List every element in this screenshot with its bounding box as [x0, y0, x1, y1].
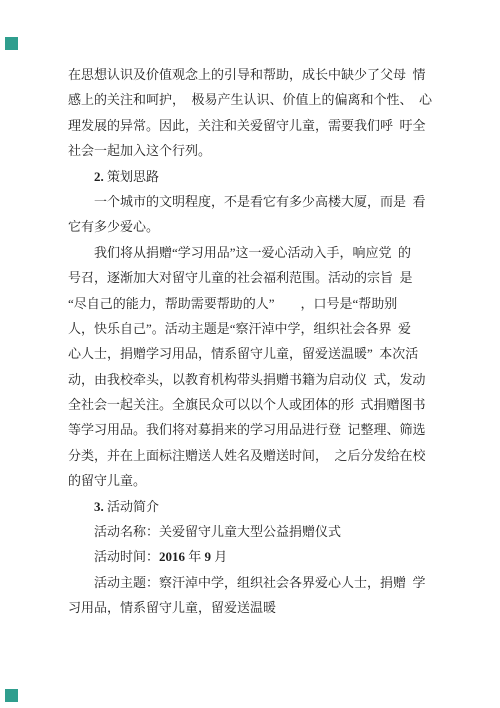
- document-text-block: 在思想认识及价值观念上的引导和帮助，成长中缺少了父母 情感上的关注和呵护， 极易…: [68, 62, 440, 621]
- para-line: 理发展的异常。因此，关注和关爱留守儿童，需要我们呼 吁全: [68, 113, 440, 138]
- para-line: 习用品，情系留守儿童，留爱送温暖: [68, 595, 440, 620]
- para-line: 全社会一起关注。全旗民众可以以个人或团体的形 式捐赠图书: [68, 392, 440, 417]
- section-heading: 3. 活动简介: [68, 494, 440, 519]
- text-segment: 年: [185, 549, 205, 564]
- text-segment: 活动名称：关爱留守儿童大型公益捐赠仪式: [94, 524, 341, 539]
- text-segment: 一个城市的文明程度，不是看它有多少高楼大厦，而是 看: [94, 194, 426, 209]
- text-segment: “尽自己的能力，帮助需要帮助的人” ，口号是“帮助别: [68, 296, 397, 311]
- text-segment: 它有多少爱心。: [68, 219, 159, 234]
- para-line: 号召，逐渐加大对留守儿童的社会福利范围。活动的宗旨 是: [68, 265, 440, 290]
- para-line: 动，由我校牵头，以教育机构带头捐赠书籍为启动仪 式，发动: [68, 367, 440, 392]
- para-line: 分类，并在上面标注赠送人姓名及赠送时间， 之后分发给在校: [68, 443, 440, 468]
- text-segment: 活动简介: [104, 499, 159, 514]
- bold-text-segment: 2016: [159, 549, 185, 564]
- text-segment: 社会一起加入这个行列。: [68, 143, 211, 158]
- para-line: 人，快乐自己”。活动主题是“察汗淖中学，组织社会各界 爱: [68, 316, 440, 341]
- para-line: 心人士，捐赠学习用品，情系留守儿童，留爱送温暖” 本次活: [68, 341, 440, 366]
- section-heading: 2. 策划思路: [68, 164, 440, 189]
- para-line: 活动时间：2016 年 9 月: [68, 544, 440, 569]
- para-line: 它有多少爱心。: [68, 214, 440, 239]
- bold-text-segment: 3.: [94, 499, 104, 514]
- para-line: 社会一起加入这个行列。: [68, 138, 440, 163]
- para-line: 活动主题：察汗淖中学，组织社会各界爱心人士，捐赠 学: [68, 570, 440, 595]
- text-segment: 人，快乐自己”。活动主题是“察汗淖中学，组织社会各界 爱: [68, 321, 411, 336]
- teal-corner-marker-top: [5, 37, 18, 50]
- para-line: 一个城市的文明程度，不是看它有多少高楼大厦，而是 看: [68, 189, 440, 214]
- text-segment: 心人士，捐赠学习用品，情系留守儿童，留爱送温暖” 本次活: [68, 346, 418, 361]
- text-segment: 月: [211, 549, 227, 564]
- para-line: 活动名称：关爱留守儿童大型公益捐赠仪式: [68, 519, 440, 544]
- text-segment: 我们将从捐赠“学习用品”这一爱心活动入手，响应党 的: [94, 245, 411, 260]
- para-line: “尽自己的能力，帮助需要帮助的人” ，口号是“帮助别: [68, 291, 440, 316]
- para-line: 在思想认识及价值观念上的引导和帮助，成长中缺少了父母 情: [68, 62, 440, 87]
- text-segment: 动，由我校牵头，以教育机构带头捐赠书籍为启动仪 式，发动: [68, 372, 426, 387]
- para-line: 感上的关注和呵护， 极易产生认识、价值上的偏离和个性、 心: [68, 87, 440, 112]
- text-segment: 全社会一起关注。全旗民众可以以个人或团体的形 式捐赠图书: [68, 397, 426, 412]
- document-page: 在思想认识及价值观念上的引导和帮助，成长中缺少了父母 情感上的关注和呵护， 极易…: [0, 0, 500, 708]
- para-line: 的留守儿童。: [68, 468, 440, 493]
- text-segment: 感上的关注和呵护， 极易产生认识、价值上的偏离和个性、 心: [68, 92, 432, 107]
- text-segment: 习用品，情系留守儿童，留爱送温暖: [68, 600, 276, 615]
- teal-corner-marker-bottom: [5, 689, 18, 702]
- para-line: 我们将从捐赠“学习用品”这一爱心活动入手，响应党 的: [68, 240, 440, 265]
- text-segment: 活动时间：: [94, 549, 159, 564]
- text-segment: 活动主题：察汗淖中学，组织社会各界爱心人士，捐赠 学: [94, 575, 426, 590]
- text-segment: 号召，逐渐加大对留守儿童的社会福利范围。活动的宗旨 是: [68, 270, 413, 285]
- text-segment: 策划思路: [104, 169, 159, 184]
- para-line: 等学习用品。我们将对募捐来的学习用品进行登 记整理、筛选: [68, 417, 440, 442]
- text-segment: 等学习用品。我们将对募捐来的学习用品进行登 记整理、筛选: [68, 422, 426, 437]
- text-segment: 在思想认识及价值观念上的引导和帮助，成长中缺少了父母 情: [68, 67, 426, 82]
- text-segment: 分类，并在上面标注赠送人姓名及赠送时间， 之后分发给在校: [68, 448, 426, 463]
- bold-text-segment: 2.: [94, 169, 104, 184]
- text-segment: 的留守儿童。: [68, 473, 146, 488]
- text-segment: 理发展的异常。因此，关注和关爱留守儿童，需要我们呼 吁全: [68, 118, 426, 133]
